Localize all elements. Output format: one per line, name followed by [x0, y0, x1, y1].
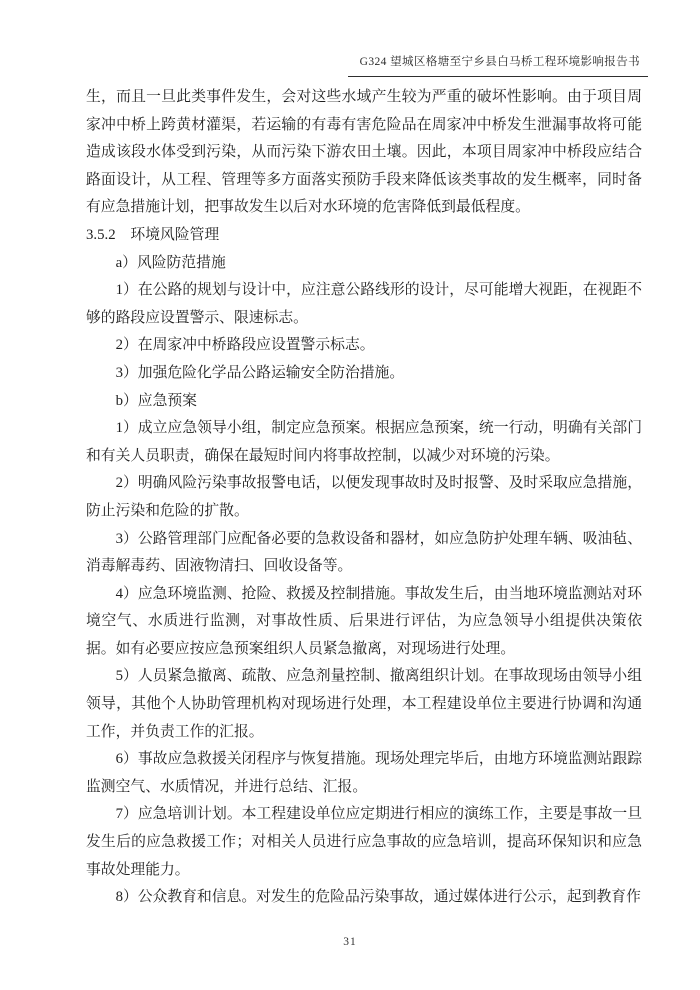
paragraph: 3）公路管理部门应配备必要的急救设备和器材，如应急防护处理车辆、吸油毡、消毒解毒… [86, 526, 642, 581]
paragraph: 2）明确风险污染事故报警电话，以便发现事故时及时报警、及时采取应急措施，防止污染… [86, 470, 642, 525]
paragraph: 1）在公路的规划与设计中，应注意公路线形的设计，尽可能增大视距，在视距不够的路段… [86, 277, 642, 332]
paragraph: 1）成立应急领导小组，制定应急预案。根据应急预案，统一行动，明确有关部门和有关人… [86, 415, 642, 470]
paragraph: 7）应急培训计划。本工程建设单位应定期进行相应的演练工作，主要是事故一旦发生后的… [86, 801, 642, 884]
paragraph: 6）事故应急救援关闭程序与恢复措施。现场处理完毕后，由地方环境监测站跟踪监测空气… [86, 746, 642, 801]
document-body: 生，而且一旦此类事件发生，会对这些水域产生较为严重的破坏性影响。由于项目周家冲中… [86, 84, 642, 912]
paragraph: b）应急预案 [86, 388, 642, 416]
paragraph: a）风险防范措施 [86, 250, 642, 278]
document-page: G324 望城区格塘至宁乡县白马桥工程环境影响报告书 生，而且一旦此类事件发生，… [0, 0, 700, 990]
running-title: G324 望城区格塘至宁乡县白马桥工程环境影响报告书 [348, 55, 648, 77]
page-footer: 31 [0, 932, 700, 950]
paragraph: 生，而且一旦此类事件发生，会对这些水域产生较为严重的破坏性影响。由于项目周家冲中… [86, 84, 642, 222]
page-header: G324 望城区格塘至宁乡县白马桥工程环境影响报告书 [0, 52, 648, 77]
page-number: 31 [343, 936, 357, 948]
paragraph: 5）人员紧急撤离、疏散、应急剂量控制、撤离组织计划。在事故现场由领导小组领导，其… [86, 663, 642, 746]
paragraph: 3）加强危险化学品公路运输安全防治措施。 [86, 360, 642, 388]
paragraph: 4）应急环境监测、抢险、救援及控制措施。事故发生后，由当地环境监测站对环境空气、… [86, 581, 642, 664]
paragraph: 8）公众教育和信息。对发生的危险品污染事故，通过媒体进行公示，起到教育作 [86, 884, 642, 912]
paragraph: 2）在周家冲中桥路段应设置警示标志。 [86, 332, 642, 360]
section-heading: 3.5.2 环境风险管理 [86, 222, 642, 250]
